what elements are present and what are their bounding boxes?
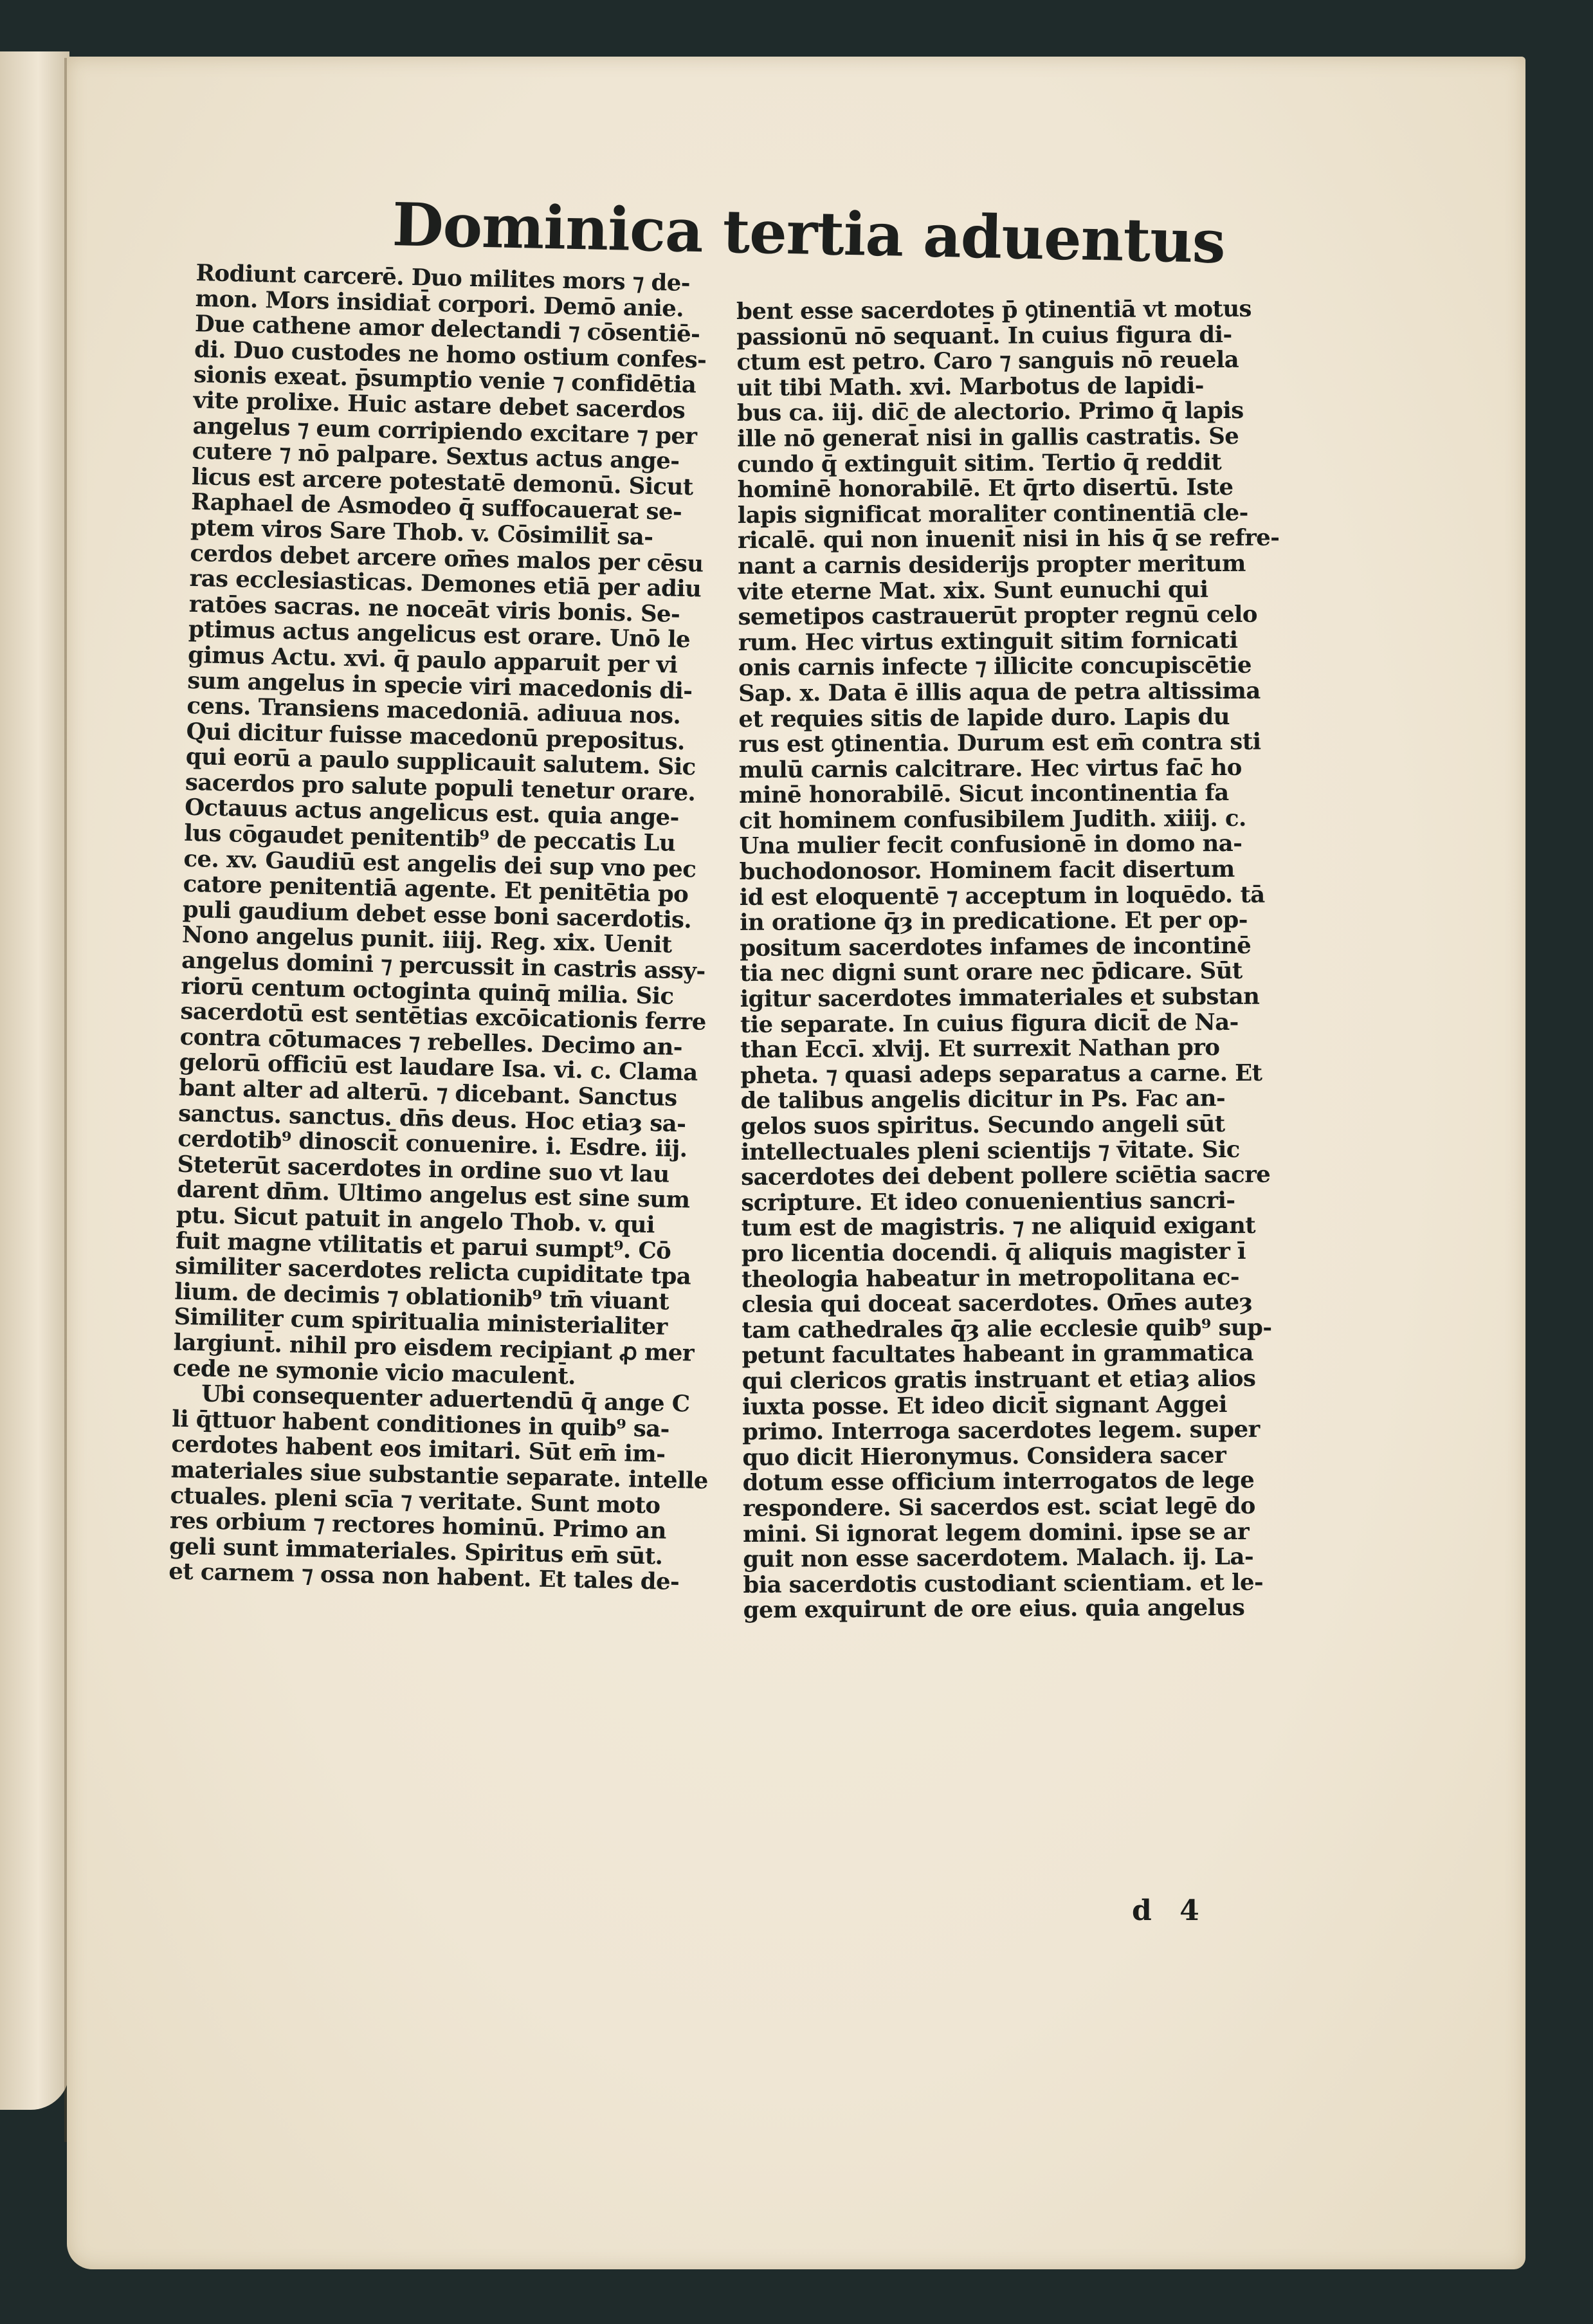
text-line: cundo q̄ extinguit sitim. Tertio q̄ redd… <box>737 449 1271 477</box>
text-line: than Eccī. xlvij. Et surrexit Nathan pro <box>740 1035 1274 1063</box>
text-line: guit non esse sacerdotem. Malach. ij. La… <box>743 1544 1277 1573</box>
text-line: primo. Interroga sacerdotes legem. super <box>742 1417 1276 1445</box>
text-line: ctum est petro. Caro ⁊ sanguis nō reuela <box>736 347 1270 376</box>
text-line: petunt facultates habeant in grammatica <box>742 1340 1275 1369</box>
running-title: Dominica tertia aduentus <box>392 190 1062 273</box>
text-line: pro licentia docendi. q̄ aliquis magiste… <box>742 1239 1275 1267</box>
text-line: sacerdotes dei debent pollere sciētia sa… <box>741 1162 1275 1191</box>
text-line: rum. Hec virtus extinguit sitim fornicat… <box>738 627 1272 655</box>
text-line: Sap. x. Data ē illis aqua de petra altis… <box>738 679 1272 707</box>
text-line: ille nō generat̄ nisi in gallis castrati… <box>737 424 1271 452</box>
text-line: theologia habeatur in metropolitana ec- <box>742 1264 1275 1292</box>
text-line: tum est de magistris. ⁊ ne aliquid exiga… <box>741 1213 1275 1241</box>
text-line: tam cathedrales q̄ȝ alie ecclesie quib⁹ … <box>742 1315 1275 1343</box>
text-line: quo dicit Hieronymus. Considera sacer <box>742 1442 1276 1470</box>
text-line: respondere. Si sacerdos est. sciat legē … <box>743 1494 1277 1522</box>
text-line: bent esse sacerdotes p̄ ꝯtinentiā vt mot… <box>736 297 1270 325</box>
text-line: lapis significat moraliter continentiā c… <box>738 500 1271 528</box>
text-line: onis carnis infecte ⁊ illicite concupisc… <box>738 653 1272 681</box>
text-line: gem exquirunt de ore eius. quia angelus <box>743 1595 1277 1624</box>
text-line: nant a carnis desiderijs propter meritum <box>738 551 1271 580</box>
text-line: intellectuales pleni scientijs ⁊ v̄itate… <box>741 1137 1275 1165</box>
text-line: minē honorabilē. Sicut incontinentia fa <box>739 780 1273 809</box>
text-line: uit tibi Math. xvi. Marbotus de lapidi- <box>737 372 1271 401</box>
text-line: bus ca. iij. dic̄ de alectorio. Primo q̄… <box>737 398 1271 426</box>
text-line: tia nec digni sunt orare nec p̄dicare. S… <box>740 958 1273 987</box>
text-line: tie separate. In cuius figura dicit̄ de … <box>740 1009 1274 1038</box>
text-line: et requies sitis de lapide duro. Lapis d… <box>738 704 1272 732</box>
text-line: de talibus angelis dicitur in Ps. Fac an… <box>740 1086 1274 1114</box>
text-line: gelos suos spiritus. Secundo angeli sūt <box>741 1112 1275 1140</box>
text-line: ricalē. qui non inuenit̄ nisi in his q̄ … <box>738 526 1271 554</box>
text-line: mini. Si ignorat legem domini. ipse se a… <box>743 1519 1277 1547</box>
text-line: qui clericos gratis instruant et etiaȝ a… <box>742 1366 1276 1395</box>
text-line: cit hominem confusibilem Judith. xiiij. … <box>739 806 1273 834</box>
text-line: iuxta posse. Et ideo dicit̄ signant Agge… <box>742 1391 1276 1420</box>
text-line: passionū nō sequant̄. In cuius figura di… <box>736 322 1270 350</box>
text-line: id est eloquentē ⁊ acceptum in loquēdo. … <box>740 882 1273 910</box>
text-line: dotum esse officium interrogatos de lege <box>743 1468 1277 1496</box>
text-line: positum sacerdotes infames de incontinē <box>740 933 1273 961</box>
text-line: igitur sacerdotes immateriales et substa… <box>740 984 1274 1012</box>
text-line: buchodonosor. Hominem facit disertum <box>740 857 1273 885</box>
text-line: bia sacerdotis custodiant scientiam. et … <box>743 1569 1277 1598</box>
text-line: Una mulier fecit confusionē in domo na- <box>739 831 1273 859</box>
text-column-right: bent esse sacerdotes p̄ ꝯtinentiā vt mot… <box>736 297 1277 1624</box>
text-line: rus est ꝯtinentia. Durum est em̄ contra … <box>739 729 1273 758</box>
signature-mark: d 4 <box>1132 1894 1208 1927</box>
text-line: pheta. ⁊ quasi adeps separatus a carne. … <box>740 1060 1274 1088</box>
text-line: vite eterne Mat. xix. Sunt eunuchi qui <box>738 576 1271 605</box>
text-line: hominē honorabilē. Et q̄rto disertū. Ist… <box>737 475 1271 503</box>
text-line: semetipos castrauerūt propter regnū celo <box>738 602 1271 630</box>
text-line: scripture. Et ideo conuenientius sancri- <box>741 1187 1275 1216</box>
text-column-left: Rodiunt carcerē. Duo milites mors ⁊ de-m… <box>168 261 704 1595</box>
text-line: mulū carnis calcitrare. Hec virtus fac̄ … <box>739 755 1273 783</box>
previous-page-edge <box>0 51 69 2110</box>
text-line: clesia qui doceat sacerdotes. Om̄es aute… <box>742 1290 1275 1318</box>
text-line: in oratione q̄ȝ in predicatione. Et per … <box>740 908 1273 936</box>
